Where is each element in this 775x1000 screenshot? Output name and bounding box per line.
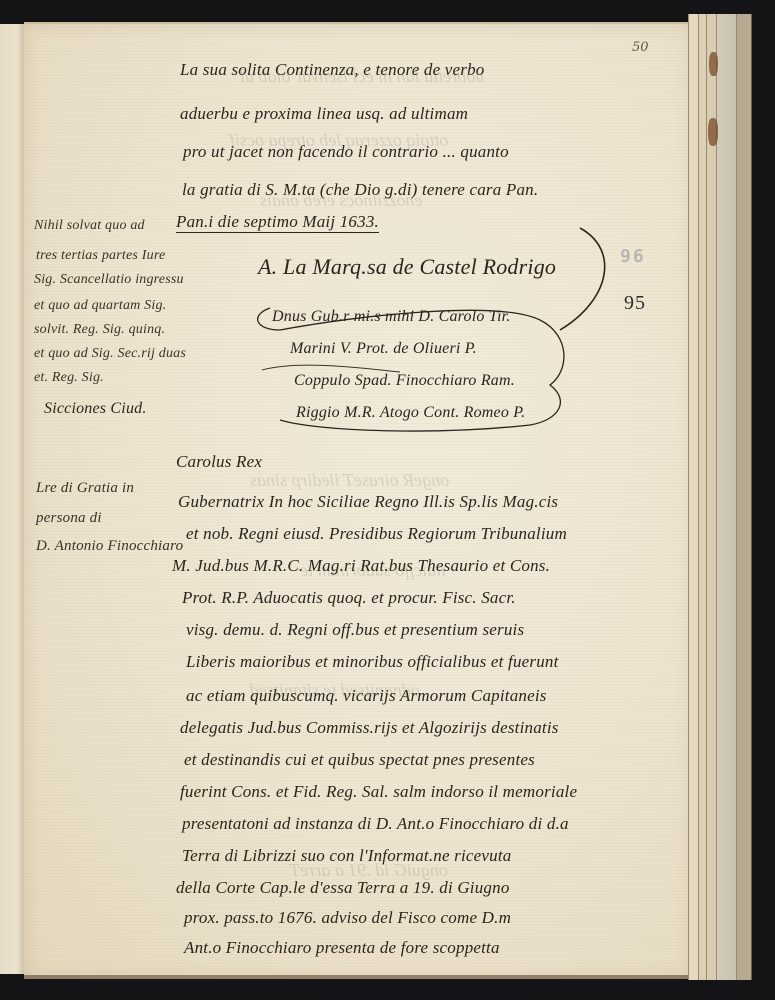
text-line: Terra di Librizzi suo con l'Informat.ne … [182,846,511,866]
text-line: Gubernatrix In hoc Siciliae Regno Ill.is… [178,492,558,512]
text-line: Ant.o Finocchiaro presenta de fore scopp… [184,938,500,958]
page-bottom-edge [24,975,694,979]
text-line: la gratia di S. M.ta (che Dio g.di) tene… [182,180,538,200]
folio-number-stamp: 95 [624,292,646,315]
margin-note-line: D. Antonio Finocchiaro [36,538,183,555]
text-line: della Corte Cap.le d'essa Terra a 19. di… [176,878,510,898]
signatory: Marini V. Prot. de Oliueri P. [290,340,477,358]
margin-note-line: et quo ad Sig. Sec.rij duas [34,346,186,362]
text-line: pro ut jacet non facendo il contrario ..… [183,142,509,162]
binding-edge [688,14,752,980]
text-line: La sua solita Continenza, e tenore de ve… [180,60,485,80]
heading: Carolus Rex [176,452,262,472]
text-line: visg. demu. d. Regni off.bus et presenti… [186,620,524,640]
text-line: aduerbu e proxima linea usq. ad ultimam [180,104,468,124]
text-line: et nob. Regni eiusd. Presidibus Regiorum… [186,524,567,544]
margin-note-line: et. Reg. Sig. [34,370,104,386]
margin-note-line: et quo ad quartam Sig. [34,298,166,314]
stain [708,118,718,146]
folio-number-ghost: 96 [620,246,646,267]
bleed-through-text: ongeR oiraseT iledirp sinas [250,470,449,491]
text-line: Liberis maioribus et minoribus officiali… [186,652,559,672]
margin-note-line: solvit. Reg. Sig. quinq. [34,322,165,338]
signatory: Riggio M.R. Atogo Cont. Romeo P. [296,404,525,422]
signatory: Coppulo Spad. Finocchiaro Ram. [294,372,515,390]
margin-note-line: Lre di Gratia in [36,480,134,497]
margin-signature: Sicciones Ciud. [44,400,147,418]
text-line: ac etiam quibuscumq. vicarijs Armorum Ca… [186,686,547,706]
leaf-edge [716,14,737,980]
margin-note-line: tres tertias partes Iure [36,248,165,264]
text-line: et destinandis cui et quibus spectat pne… [184,750,535,770]
text-line: fuerint Cons. et Fid. Reg. Sal. salm ind… [180,782,577,802]
stain [709,52,718,76]
text-line: Prot. R.P. Aduocatis quoq. et procur. Fi… [182,588,516,608]
text-line: M. Jud.bus M.R.C. Mag.ri Rat.bus Thesaur… [172,556,550,576]
text-line: prox. pass.to 1676. adviso del Fisco com… [184,908,511,928]
folio-number-pencil: 50 [632,40,649,55]
text-line: presentatoni ad instanza di D. Ant.o Fin… [182,814,569,834]
scanned-manuscript: uobretta lan ni ecl isenvar oiab ul otto… [0,0,775,1000]
text-line: delegatis Jud.bus Commiss.rijs et Algozi… [180,718,559,738]
margin-note-line: Sig. Scancellatio ingressu [34,272,184,288]
leaf-edge [736,14,752,980]
margin-note-line: persona di [36,510,102,527]
margin-note-line: Nihil solvat quo ad [34,218,145,234]
facing-page-edge [0,24,25,974]
signatory: Dnus Gub.r mi.s mihi D. Carolo Tir. [272,308,510,326]
